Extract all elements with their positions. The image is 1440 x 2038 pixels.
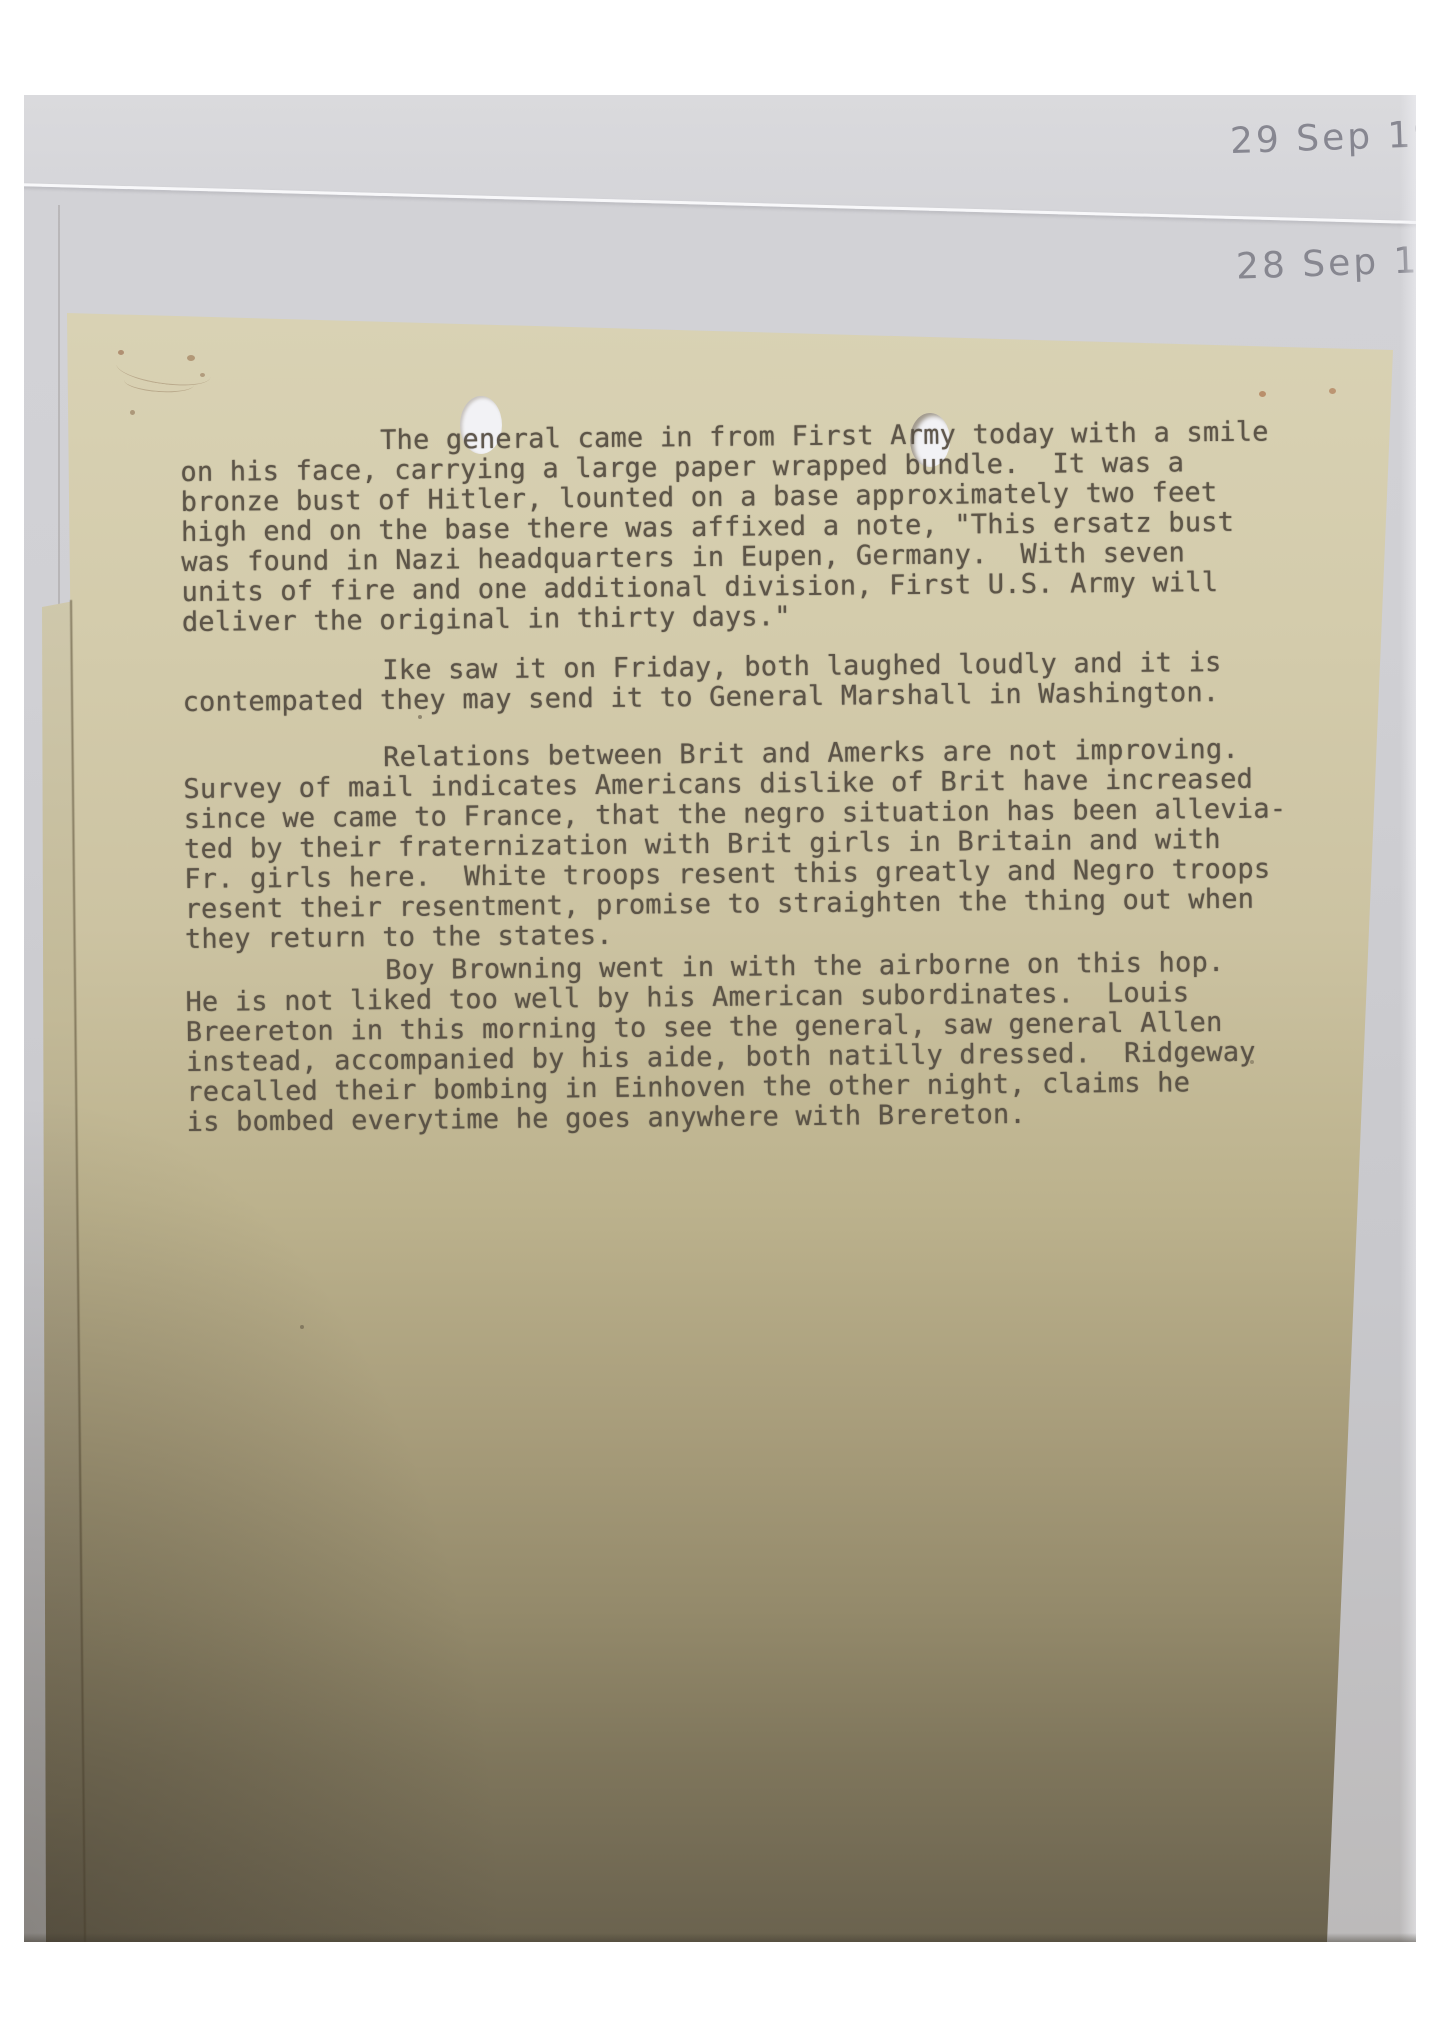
handwritten-date-top: 29 Sep 194	[1229, 113, 1416, 162]
paragraph: The general came in from First Army toda…	[180, 418, 1271, 638]
stain-dot	[130, 410, 135, 415]
scan-background: { "document": { "handwritten_dates": { "…	[0, 0, 1440, 2038]
document-photo: 29 Sep 194 28 Sep 19 The general came in…	[24, 95, 1416, 1942]
rust-spot	[1259, 391, 1266, 397]
sheet-edge-line	[58, 205, 60, 605]
rust-spot	[1329, 388, 1336, 394]
paragraph: Relations between Brit and Amerks are no…	[183, 734, 1287, 955]
handwritten-date-bottom: 28 Sep 19	[1235, 239, 1416, 287]
stain-dot	[187, 355, 195, 361]
stain-dot	[118, 350, 124, 355]
paragraph: Ike saw it on Friday, both laughed loudl…	[182, 648, 1222, 718]
photo-right-light-band	[1400, 95, 1416, 1942]
corner-shadow	[24, 1022, 544, 1942]
separator-sheet-top	[24, 95, 1416, 227]
